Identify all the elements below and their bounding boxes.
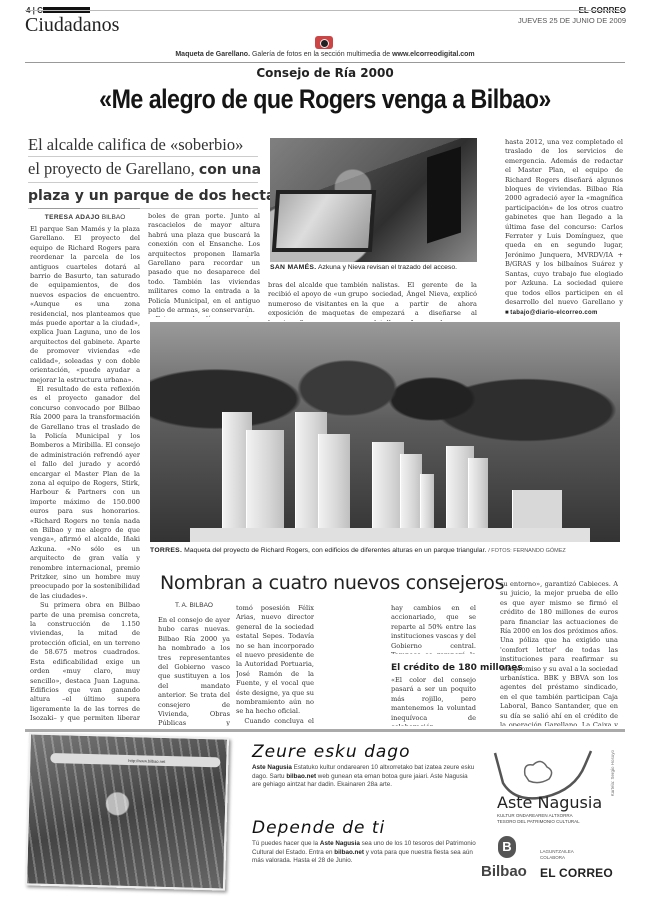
byline-author: TERESA ADAJO <box>45 214 100 221</box>
gallery-promo-text: Galería de fotos en la sección multimedi… <box>250 51 392 58</box>
sidebar-column-4: su entorno», garantizó Cabieces. A su ju… <box>500 580 618 726</box>
photo2-caption: TORRES. Maqueta del proyecto de Richard … <box>150 547 630 554</box>
display-screen <box>427 146 461 243</box>
camera-icon <box>315 36 333 49</box>
ad-brand: Aste Nagusia <box>252 764 292 771</box>
browser-url-bar: http://www.bilbao.net <box>50 753 220 767</box>
subhead-line-3: plaza y un parque de dos hectáreas <box>28 183 258 209</box>
ad-text: Tú puedes hacer que la <box>252 840 320 847</box>
subhead-line-2-bold: con una <box>199 162 261 178</box>
subhead-line-2: el proyecto de Garellano, con una <box>28 157 258 183</box>
collaborator-label-es: COLABORA <box>540 855 565 861</box>
model-tower <box>318 434 350 530</box>
author-email-link[interactable]: tabajo@diario-elcorreo.com <box>510 310 597 316</box>
model-tower <box>468 458 488 530</box>
poster-credit: Kartela: Sergio Hosuyo <box>610 750 616 796</box>
model-block <box>512 490 562 530</box>
aste-nagusia-logo: Aste Nagusia <box>497 793 602 812</box>
byline-place: BILBAO <box>102 214 125 221</box>
model-tower <box>246 430 284 530</box>
ad-brand: Aste Nagusia <box>320 840 360 847</box>
gallery-promo[interactable]: Maqueta de Garellano. Galería de fotos e… <box>0 51 650 58</box>
article-column-1: El parque San Mamés y la plaza Garellano… <box>30 225 140 725</box>
model-base <box>190 528 590 542</box>
gallery-link[interactable]: www.elcorreodigital.com <box>392 51 475 58</box>
photo-credit: / FOTOS: FERNANDO GÓMEZ <box>488 548 566 554</box>
ad-link[interactable]: bilbao.net <box>334 849 364 856</box>
divider <box>25 62 625 63</box>
photo2-caption-title: TORRES. <box>150 547 182 554</box>
gallery-promo-title: Maqueta de Garellano. <box>175 51 250 58</box>
bilbao-logo-text: Bilbao <box>481 863 527 880</box>
bilbao-logo-icon: B <box>498 836 516 858</box>
article-headline: «Me alegro de que Rogers venga a Bilbao» <box>46 84 605 115</box>
ad-link[interactable]: bilbao.net <box>286 773 316 780</box>
publication-date: JUEVES 25 DE JUNIO DE 2009 <box>518 16 626 25</box>
article-column-5: hasta 2012, una vez completado el trasla… <box>505 138 623 308</box>
sidebar-column-1: En el consejo de ayer hubo caras nuevas.… <box>158 616 230 726</box>
sidebar-column-3b: «El color del consejo pasará a ser un po… <box>391 676 476 726</box>
ad-body-spanish: Tú puedes hacer que la Aste Nagusia sea … <box>252 840 477 866</box>
model-tower <box>400 454 422 530</box>
section-title: Ciudadanos <box>25 14 119 37</box>
photo1-caption-title: SAN MAMÉS. <box>270 264 316 271</box>
photo-torres-model <box>150 322 620 542</box>
photo1-caption-text: Azkuna y Nieva revisan el trazado del ac… <box>316 264 457 271</box>
sidebar-headline: Nombran a cuatro nuevos consejeros <box>160 572 504 594</box>
article-column-3: bras del alcalde que también recibió el … <box>268 281 368 321</box>
ad-heading-spanish: Depende de ti <box>252 818 385 838</box>
sidebar-column-3: hay cambios en el accionariado, que se r… <box>391 604 476 654</box>
sidebar-byline: T. A. BILBAO <box>158 602 230 609</box>
map-board <box>272 190 376 252</box>
article-kicker: Consejo de Ría 2000 <box>0 66 650 80</box>
photo2-caption-text: Maqueta del proyecto de Richard Rogers, … <box>182 547 486 554</box>
sidebar-column-2: tomó posesión Félix Arias, nuevo directo… <box>236 604 314 726</box>
photo1-caption: SAN MAMÉS. Azkuna y Nieva revisan el tra… <box>270 264 485 271</box>
ad-heading-basque: Zeure esku dago <box>252 742 410 762</box>
photo-san-mames <box>270 138 477 262</box>
subhead-line-3-bold: plaza y un parque de dos hectáreas <box>28 188 310 204</box>
article-column-4: nalistas. El gerente de la sociedad, Áng… <box>372 281 477 321</box>
top-rule <box>25 10 625 11</box>
author-email[interactable]: ■ tabajo@diario-elcorreo.com <box>505 310 598 316</box>
el-correo-logo: EL CORREO <box>540 866 613 880</box>
ad-separator <box>25 729 625 732</box>
article-subhead: El alcalde califica de «soberbio» el pro… <box>28 133 258 209</box>
byline: TERESA ADAJO BILBAO <box>30 208 140 221</box>
ad-body-basque: Aste Nagusia Estatuko kultur ondarearen … <box>252 764 477 790</box>
logo-subtitle-2: TESORO DEL PATRIMONIO CULTURAL <box>497 819 580 825</box>
article-column-2: boles de gran porte. Junto al rascacielo… <box>148 212 260 317</box>
subhead-line-2-plain: el proyecto de Garellano, <box>28 159 199 178</box>
ad-browser-photo: http://www.bilbao.net <box>25 732 229 890</box>
model-tower <box>420 474 434 530</box>
subhead-line-1: El alcalde califica de «soberbio» <box>28 133 258 157</box>
